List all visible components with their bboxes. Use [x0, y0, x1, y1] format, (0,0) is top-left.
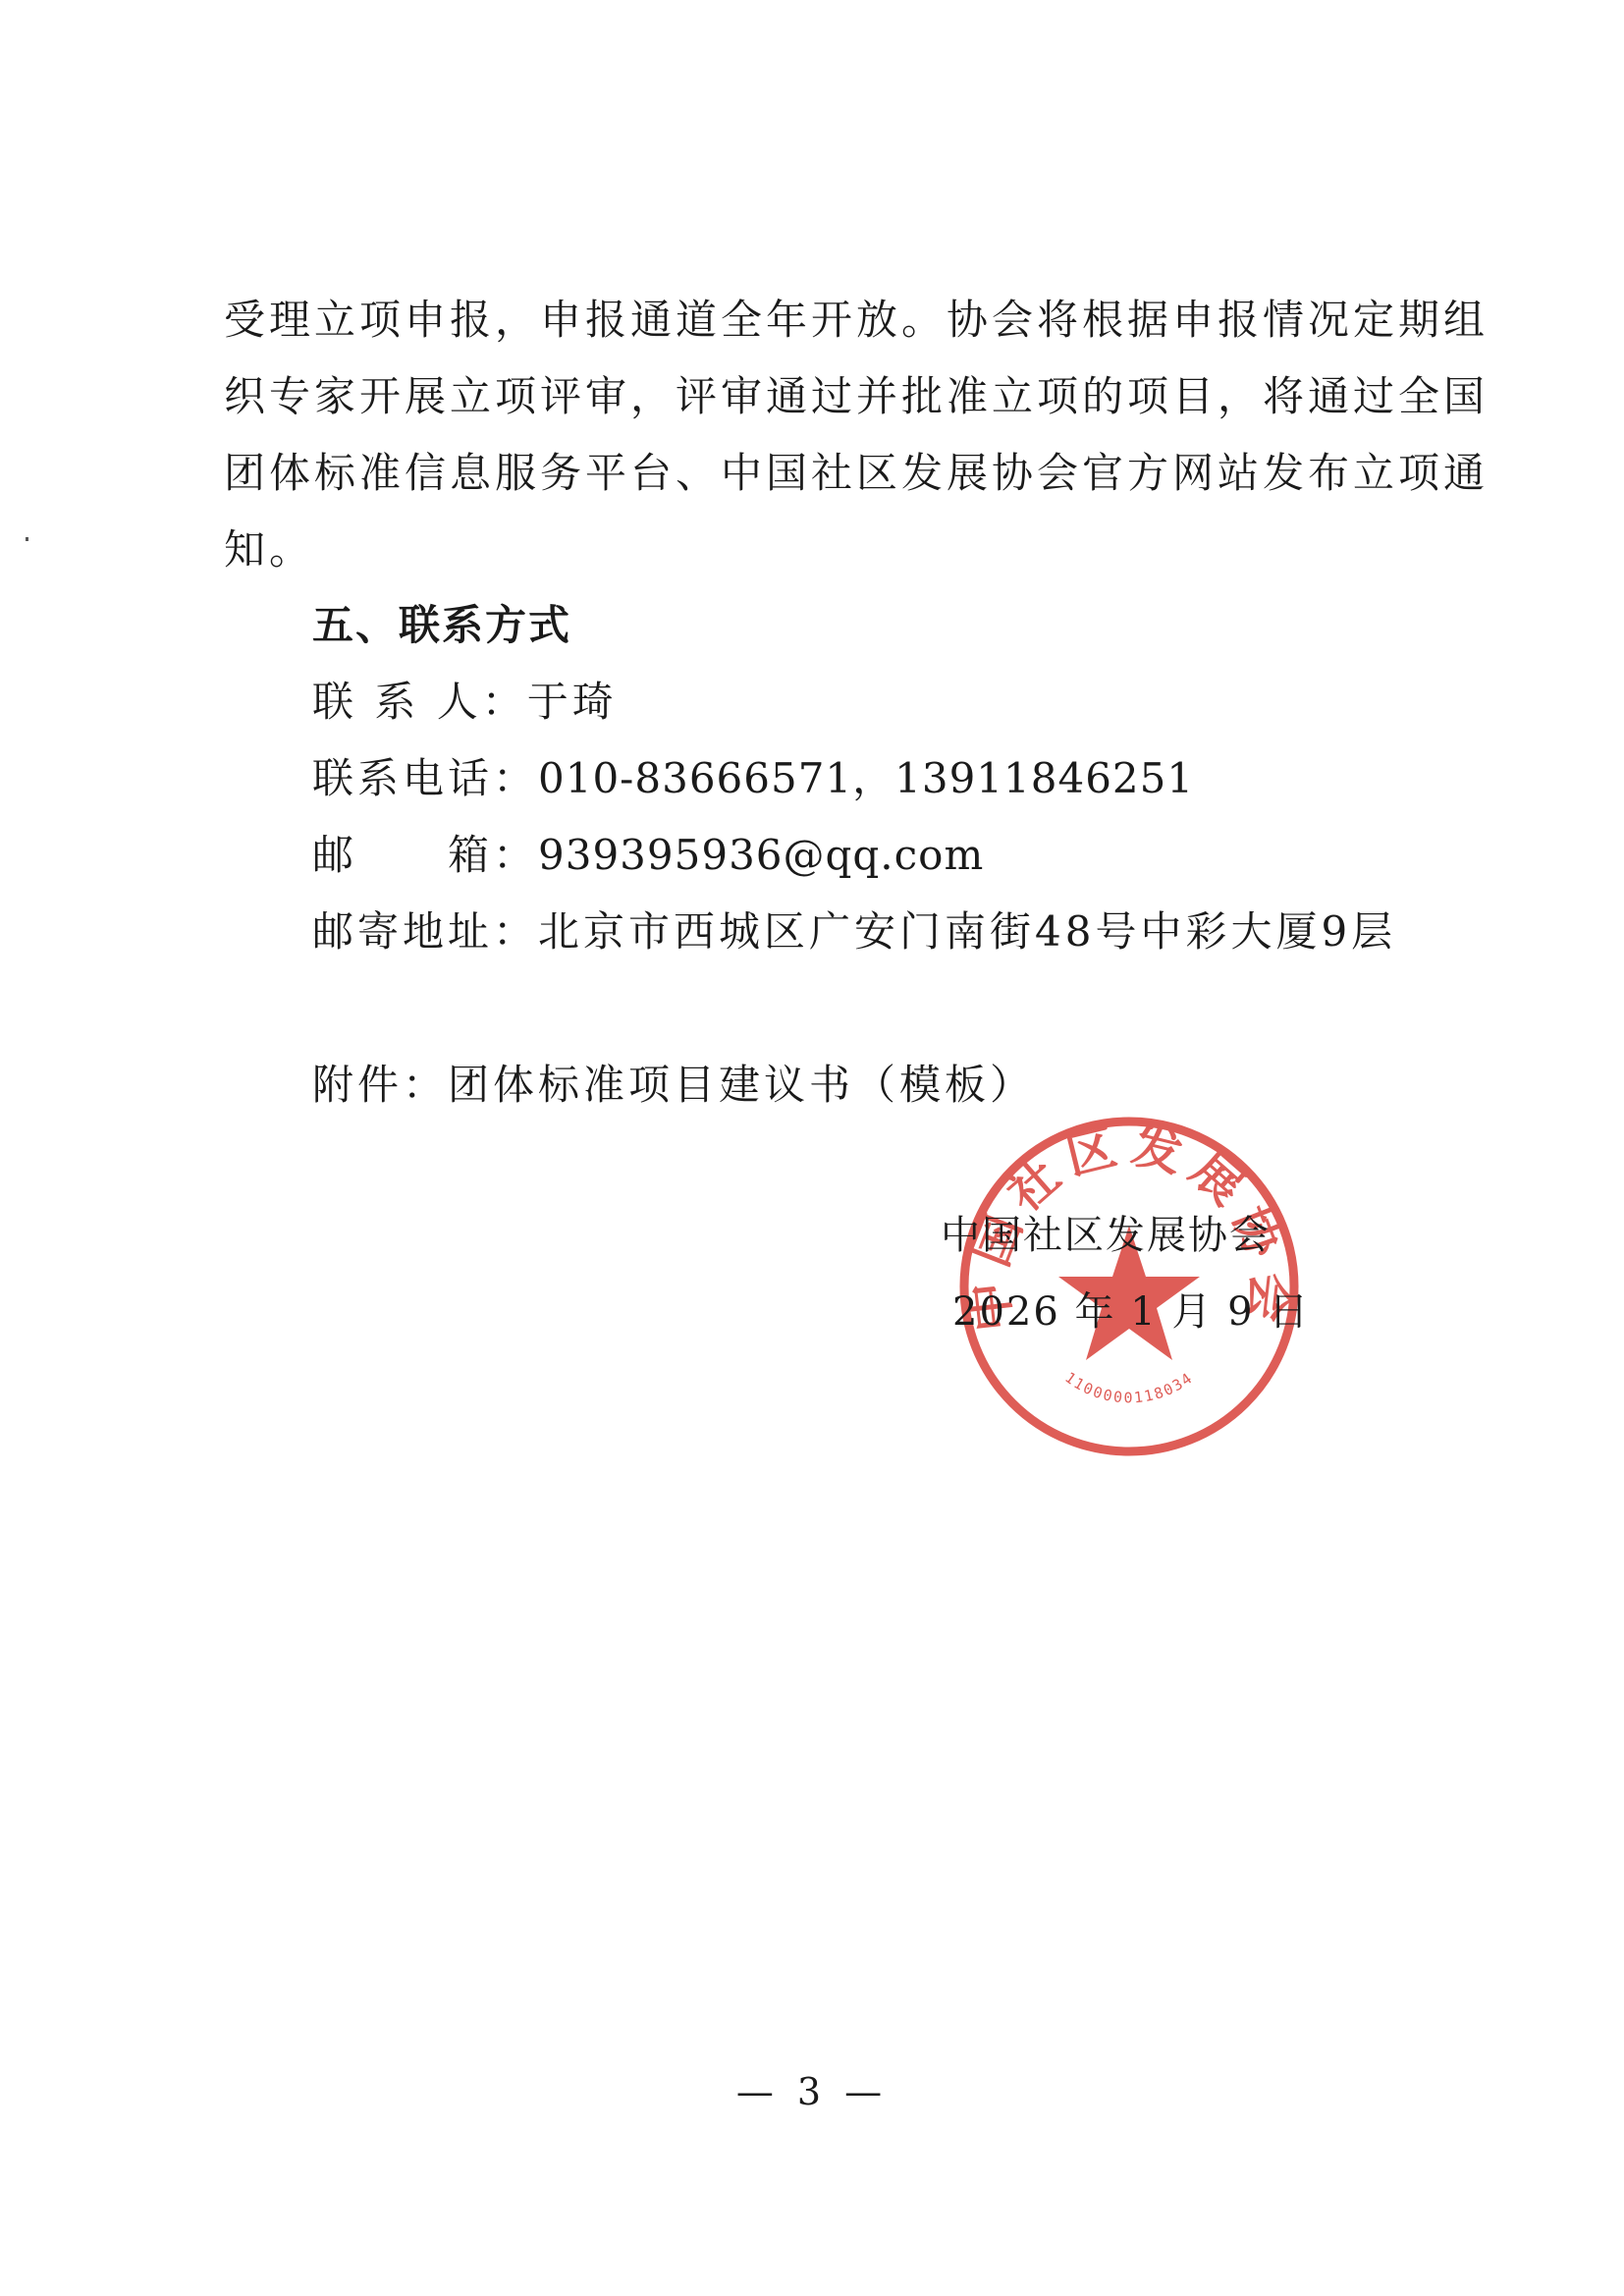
contact-phone-value: 010-83666571，13911846251 — [538, 754, 1194, 802]
paragraph-line-1: 受理立项申报，申报通道全年开放。协会将根据申报情况定期组 — [224, 300, 1441, 341]
contact-person-label: 联 系 人： — [312, 682, 527, 723]
seal-serial: 1100000118034 — [1061, 1369, 1197, 1407]
contact-person-value: 于琦 — [527, 678, 618, 726]
contact-person-line: 联 系 人：于琦 — [312, 682, 618, 723]
paragraph-line-3: 团体标准信息服务平台、中国社区发展协会官方网站发布立项通 — [224, 453, 1441, 494]
paragraph-line-4: 知。 — [224, 529, 1441, 571]
page-number: — 3 — — [0, 2070, 1624, 2113]
paragraph-line-2: 织专家开展立项评审，评审通过并批准立项的项目，将通过全国 — [224, 376, 1441, 417]
attachment-value: 团体标准项目建议书（模板） — [448, 1061, 1035, 1109]
signature-organization: 中国社区发展协会 — [941, 1216, 1271, 1255]
scan-speck — [26, 537, 28, 541]
contact-email-label-2: 箱： — [448, 835, 538, 876]
contact-email-label-1: 邮 — [312, 835, 448, 876]
contact-address-value: 北京市西城区广安门南街48号中彩大厦9层 — [538, 907, 1396, 956]
contact-email-line: 邮箱：939395936@qq.com — [312, 835, 984, 876]
attachment-line: 附件：团体标准项目建议书（模板） — [312, 1065, 1035, 1106]
contact-address-line: 邮寄地址：北京市西城区广安门南街48号中彩大厦9层 — [312, 911, 1396, 953]
contact-phone-label: 联系电话： — [312, 758, 538, 799]
signature-date: 2026 年 1 月 9 日 — [952, 1292, 1310, 1332]
document-page: 受理立项申报，申报通道全年开放。协会将根据申报情况定期组 织专家开展立项评审，评… — [0, 0, 1624, 2296]
contact-email-value[interactable]: 939395936@qq.com — [538, 831, 984, 879]
contact-address-label: 邮寄地址： — [312, 911, 538, 953]
contact-phone-line: 联系电话：010-83666571，13911846251 — [312, 758, 1194, 799]
section-heading-contact: 五、联系方式 — [312, 605, 571, 646]
official-seal-stamp: 中国社区发展协会 1100000118034 — [952, 1110, 1306, 1463]
attachment-label: 附件： — [312, 1065, 448, 1106]
